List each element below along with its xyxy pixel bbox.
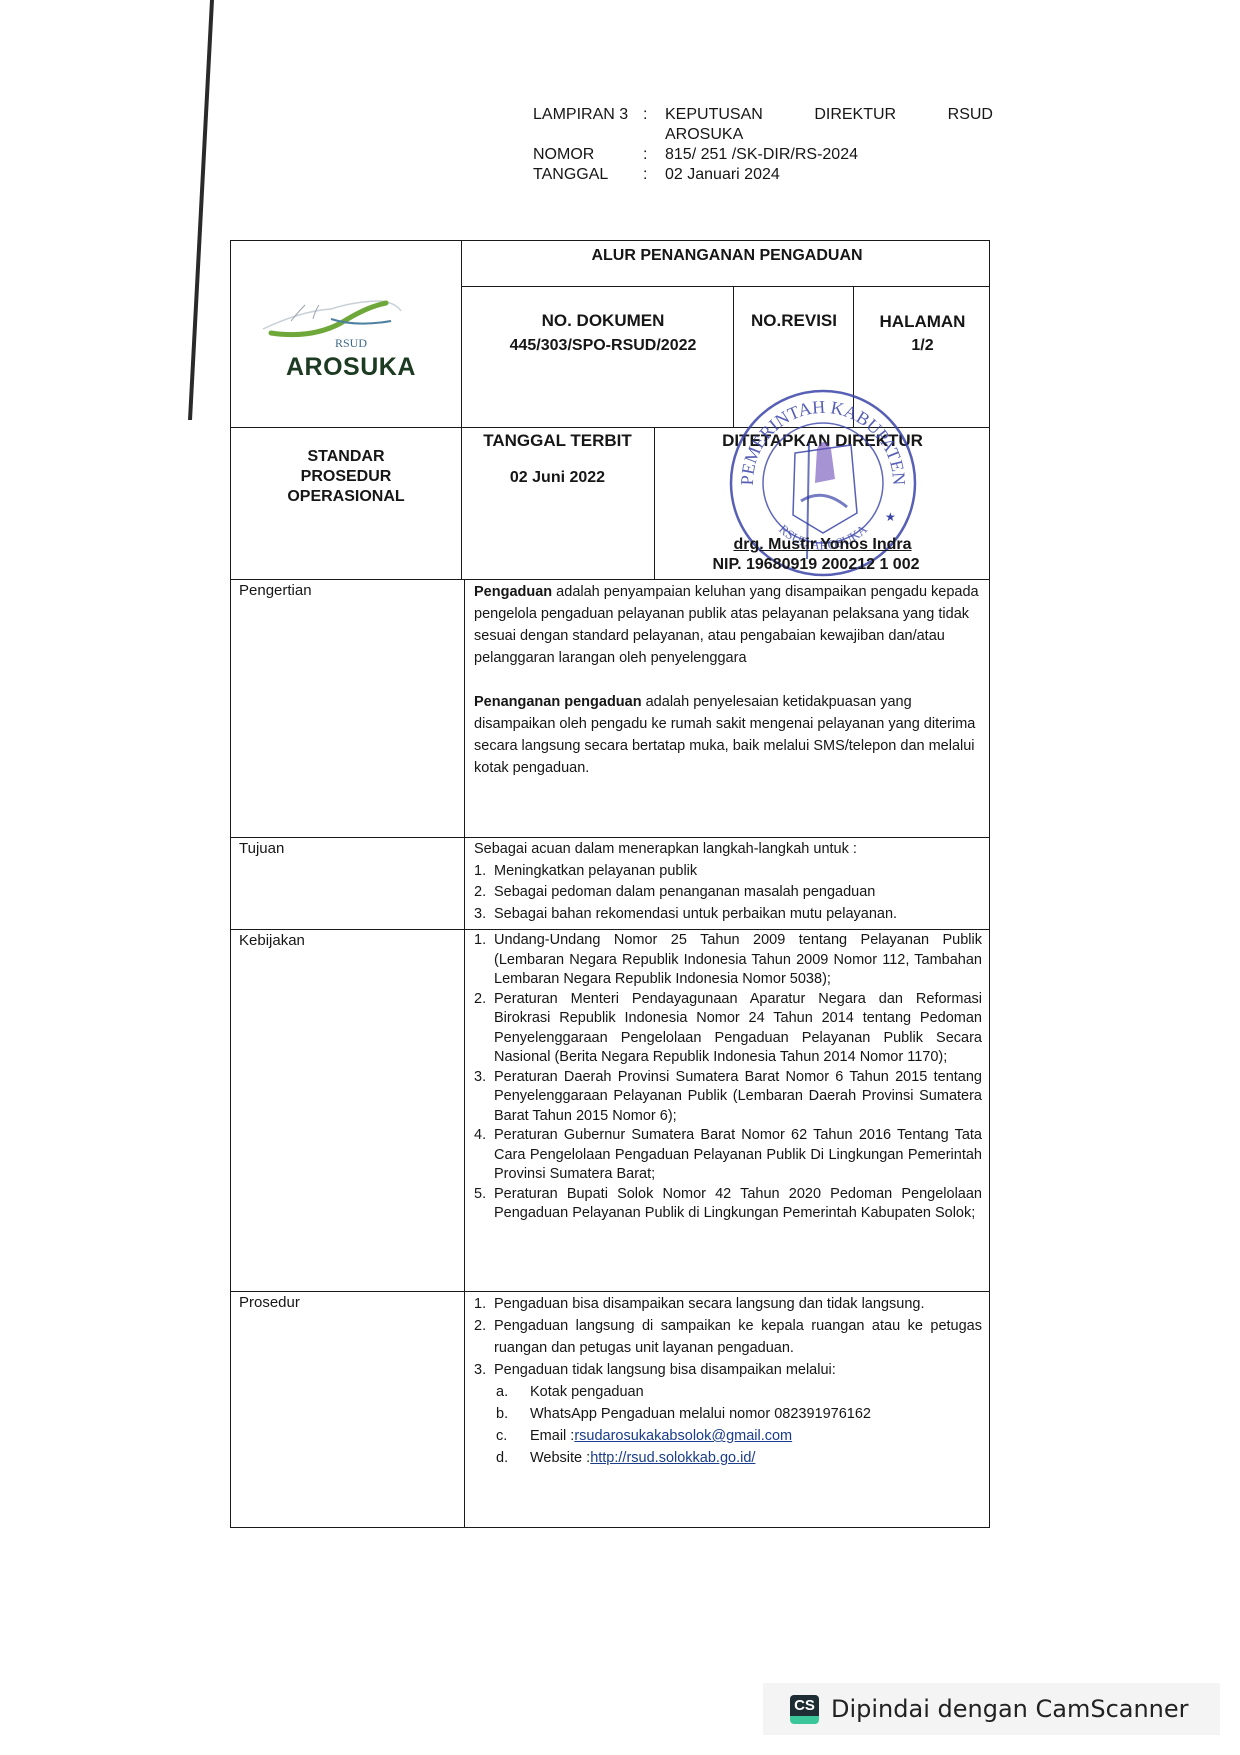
camscanner-text: Dipindai dengan CamScanner — [831, 1695, 1189, 1723]
no-dokumen-label: NO. DOKUMEN — [463, 286, 743, 331]
sop-table: RSUD AROSUKA ALUR PENANGANAN PENGADUAN N… — [230, 240, 990, 1528]
lampiran-row-2: AROSUKA — [533, 125, 993, 145]
kebijakan-item: 4.Peraturan Gubernur Sumatera Barat Nomo… — [474, 1126, 982, 1185]
term: Penanganan pengaduan — [474, 694, 642, 710]
spo-label: STANDAR PROSEDUR OPERASIONAL — [231, 447, 461, 507]
colon: : — [643, 105, 665, 125]
website-link[interactable]: http://rsud.solokkab.go.id/ — [590, 1447, 755, 1469]
tanggal-terbit-label: TANGGAL TERBIT — [461, 427, 654, 451]
kebijakan-label: Kebijakan — [239, 932, 305, 949]
item-text: Peraturan Daerah Provinsi Sumatera Barat… — [494, 1068, 982, 1127]
prosedur-list: 1.Pengaduan bisa disampaikan secara lang… — [474, 1293, 982, 1381]
item-text: Meningkatkan pelayanan publik — [494, 861, 982, 883]
logo-rsud-text: RSUD — [335, 336, 367, 351]
item-number: 2. — [474, 1315, 494, 1359]
item-text: Sebagai pedoman dalam penanganan masalah… — [494, 882, 982, 904]
attachment-header: LAMPIRAN 3 : KEPUTUSAN DIREKTUR RSUD ARO… — [533, 105, 993, 185]
lampiran-word: RSUD — [948, 105, 993, 125]
item-number: 1. — [474, 861, 494, 883]
item-text: Pengaduan langsung di sampaikan ke kepal… — [494, 1315, 982, 1359]
tanggal-terbit-value: 02 Juni 2022 — [461, 469, 654, 487]
subitem-letter: c. — [474, 1425, 530, 1447]
tujuan-intro: Sebagai acuan dalam menerapkan langkah-l… — [474, 839, 982, 861]
prosedur-item: 2.Pengaduan langsung di sampaikan ke kep… — [474, 1315, 982, 1359]
halaman-value: 1/2 — [854, 337, 991, 355]
item-text: Pengaduan tidak langsung bisa disampaika… — [494, 1359, 982, 1381]
signer-nip: NIP. 19680919 200212 1 002 — [641, 556, 991, 574]
email-link[interactable]: rsudarosukakabsolok@gmail.com — [574, 1425, 792, 1447]
subitem-text: WhatsApp Pengaduan melalui nomor 0823919… — [530, 1403, 871, 1425]
hospital-logo: RSUD AROSUKA — [231, 241, 461, 427]
svg-text:★: ★ — [885, 510, 896, 524]
no-revisi-label: NO.REVISI — [734, 286, 854, 331]
kebijakan-item: 5.Peraturan Bupati Solok Nomor 42 Tahun … — [474, 1185, 982, 1224]
spo-line: OPERASIONAL — [231, 487, 461, 507]
tujuan-label: Tujuan — [239, 840, 284, 857]
item-number: 3. — [474, 904, 494, 926]
spo-line: PROSEDUR — [231, 467, 461, 487]
item-text: Sebagai bahan rekomendasi untuk perbaika… — [494, 904, 982, 926]
pengertian-paragraph: Penanganan pengaduan adalah penyelesaian… — [474, 691, 982, 779]
colon: : — [643, 145, 665, 165]
kebijakan-item: 2.Peraturan Menteri Pendayagunaan Aparat… — [474, 990, 982, 1068]
scan-edge-artifact — [188, 0, 218, 420]
item-text: Undang-Undang Nomor 25 Tahun 2009 tentan… — [494, 931, 982, 990]
prosedur-item: 1.Pengaduan bisa disampaikan secara lang… — [474, 1293, 982, 1315]
prosedur-subitem: a.Kotak pengaduan — [474, 1381, 982, 1403]
prosedur-body: 1.Pengaduan bisa disampaikan secara lang… — [474, 1293, 982, 1469]
item-text: Pengaduan bisa disampaikan secara langsu… — [494, 1293, 982, 1315]
lampiran-value: KEPUTUSAN DIREKTUR RSUD — [665, 105, 993, 125]
term: Pengaduan — [474, 584, 552, 600]
prosedur-label: Prosedur — [239, 1294, 300, 1311]
subitem-letter: d. — [474, 1447, 530, 1469]
document-title: ALUR PENANGANAN PENGADUAN — [463, 241, 991, 286]
tujuan-body: Sebagai acuan dalam menerapkan langkah-l… — [474, 839, 982, 925]
item-text: Peraturan Bupati Solok Nomor 42 Tahun 20… — [494, 1185, 982, 1224]
kebijakan-body: 1.Undang-Undang Nomor 25 Tahun 2009 tent… — [474, 931, 982, 1224]
kebijakan-list: 1.Undang-Undang Nomor 25 Tahun 2009 tent… — [474, 931, 982, 1224]
lampiran-word: KEPUTUSAN — [665, 105, 763, 125]
item-number: 4. — [474, 1126, 494, 1185]
item-text: Peraturan Gubernur Sumatera Barat Nomor … — [494, 1126, 982, 1185]
colon: : — [643, 165, 665, 185]
lampiran-label: LAMPIRAN 3 — [533, 105, 643, 125]
tanggal-value: 02 Januari 2024 — [665, 165, 993, 185]
subitem-text: Website : — [530, 1447, 590, 1469]
subitem-text: Kotak pengaduan — [530, 1381, 644, 1403]
item-number: 1. — [474, 931, 494, 990]
item-number: 3. — [474, 1068, 494, 1127]
lampiran-value-line2: AROSUKA — [665, 125, 993, 145]
prosedur-subitem: c.Email : rsudarosukakabsolok@gmail.com — [474, 1425, 982, 1447]
nomor-label: NOMOR — [533, 145, 643, 165]
tujuan-list: 1.Meningkatkan pelayanan publik2.Sebagai… — [474, 861, 982, 926]
item-number: 5. — [474, 1185, 494, 1224]
no-dokumen-value: 445/303/SPO-RSUD/2022 — [463, 337, 743, 355]
item-number: 1. — [474, 1293, 494, 1315]
kebijakan-item: 3.Peraturan Daerah Provinsi Sumatera Bar… — [474, 1068, 982, 1127]
subitem-text: Email : — [530, 1425, 574, 1447]
pengertian-body: Pengaduan adalah penyampaian keluhan yan… — [474, 581, 982, 779]
halaman-label: HALAMAN — [854, 286, 991, 332]
nomor-value: 815/ 251 /SK-DIR/RS-2024 — [665, 145, 993, 165]
tujuan-item: 1.Meningkatkan pelayanan publik — [474, 861, 982, 883]
pengertian-paragraph: Pengaduan adalah penyampaian keluhan yan… — [474, 581, 982, 669]
lampiran-word: DIREKTUR — [814, 105, 896, 125]
item-number: 3. — [474, 1359, 494, 1381]
tanggal-row: TANGGAL : 02 Januari 2024 — [533, 165, 993, 185]
tujuan-item: 3.Sebagai bahan rekomendasi untuk perbai… — [474, 904, 982, 926]
nomor-row: NOMOR : 815/ 251 /SK-DIR/RS-2024 — [533, 145, 993, 165]
signer-name: drg. Mustir Yonos Indra — [654, 536, 991, 554]
tujuan-item: 2.Sebagai pedoman dalam penanganan masal… — [474, 882, 982, 904]
prosedur-sublist: a.Kotak pengaduanb.WhatsApp Pengaduan me… — [474, 1381, 982, 1469]
item-number: 2. — [474, 882, 494, 904]
camscanner-logo-icon: CS — [790, 1695, 819, 1724]
lampiran-row: LAMPIRAN 3 : KEPUTUSAN DIREKTUR RSUD — [533, 105, 993, 125]
subitem-letter: a. — [474, 1381, 530, 1403]
logo-mountain-icon — [261, 271, 411, 346]
tanggal-label: TANGGAL — [533, 165, 643, 185]
prosedur-subitem: d.Website : http://rsud.solokkab.go.id/ — [474, 1447, 982, 1469]
spo-line: STANDAR — [231, 447, 461, 467]
item-text: Peraturan Menteri Pendayagunaan Aparatur… — [494, 990, 982, 1068]
prosedur-item: 3.Pengaduan tidak langsung bisa disampai… — [474, 1359, 982, 1381]
subitem-letter: b. — [474, 1403, 530, 1425]
item-number: 2. — [474, 990, 494, 1068]
prosedur-subitem: b.WhatsApp Pengaduan melalui nomor 08239… — [474, 1403, 982, 1425]
kebijakan-item: 1.Undang-Undang Nomor 25 Tahun 2009 tent… — [474, 931, 982, 990]
camscanner-watermark: CS Dipindai dengan CamScanner — [763, 1683, 1220, 1735]
logo-name: AROSUKA — [286, 353, 416, 382]
pengertian-label: Pengertian — [239, 582, 312, 599]
